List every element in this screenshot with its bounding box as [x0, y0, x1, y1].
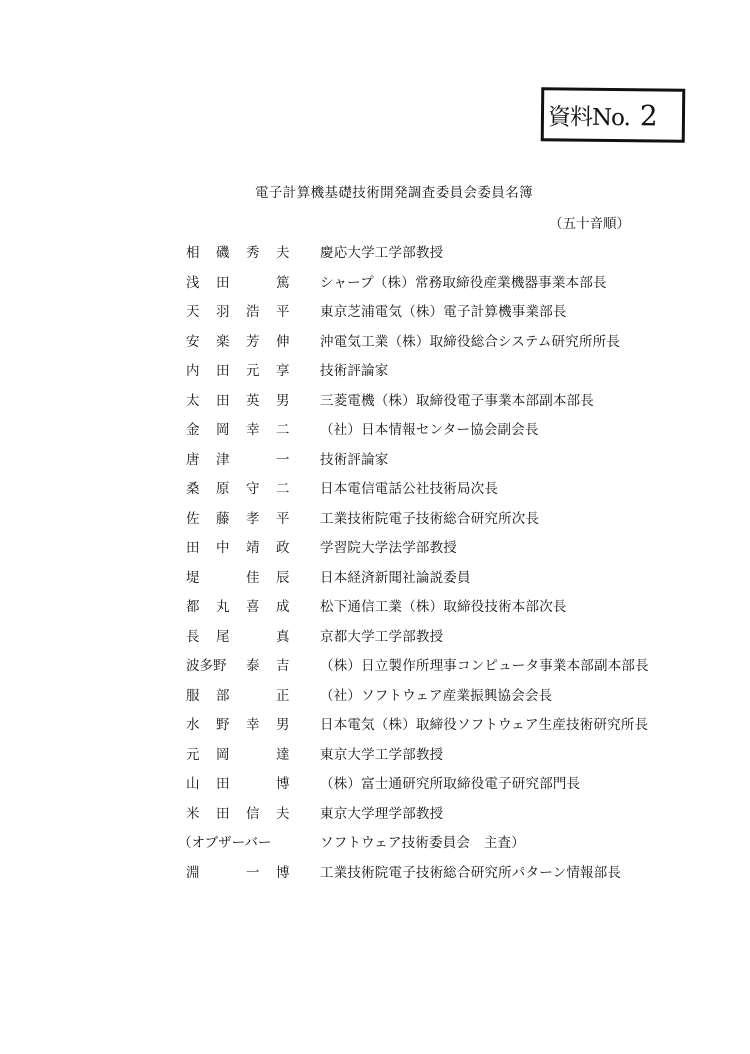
name-character: 唐	[186, 448, 200, 468]
name-character: 男	[276, 389, 290, 409]
member-affiliation: （株）日立製作所理事コンピュータ事業本部副本部長	[320, 654, 649, 674]
member-name: 佐藤孝平	[186, 507, 286, 525]
document-title: 電子計算機基礎技術開発調査委員会委員名簿	[255, 181, 533, 201]
member-affiliation: 工業技術院電子技術総合研究所パターン情報部長	[320, 861, 621, 881]
member-row: 佐藤孝平工業技術院電子技術総合研究所次長	[0, 507, 750, 537]
member-name: 米田信夫	[186, 802, 286, 820]
document-number-stamp: 資料No. 2	[541, 87, 686, 143]
member-row: 相磯秀夫慶応大学工学部教授	[0, 241, 750, 271]
member-affiliation: 日本電気（株）取締役ソフトウェア生産技術研究所長	[320, 713, 648, 733]
name-character: 一	[246, 861, 260, 881]
member-row: 水野幸男日本電気（株）取締役ソフトウェア生産技術研究所長	[0, 713, 750, 743]
member-row: 天羽浩平東京芝浦電気（株）電子計算機事業部長	[0, 300, 750, 330]
name-character: 浩	[246, 300, 260, 320]
name-character: 幸	[246, 713, 260, 733]
name-character: 楽	[216, 330, 230, 350]
member-affiliation: 松下通信工業（株）取締役技術本部次長	[320, 595, 567, 615]
name-character: 部	[216, 684, 230, 704]
observer-member-row: 淵一博工業技術院電子技術総合研究所パターン情報部長	[0, 861, 750, 891]
member-row: 唐津一技術評論家	[0, 448, 750, 478]
name-character: 正	[276, 684, 290, 704]
name-character: 達	[276, 743, 290, 763]
member-affiliation: （社）日本情報センター協会副会長	[320, 418, 539, 438]
member-name: 相磯秀夫	[186, 241, 286, 259]
name-character: 辰	[276, 566, 290, 586]
member-name: 淵一博	[186, 861, 286, 879]
name-character: 羽	[216, 300, 230, 320]
name-character: 幸	[246, 418, 260, 438]
member-row: 米田信夫東京大学理学部教授	[0, 802, 750, 832]
member-name: 水野幸男	[186, 713, 286, 731]
name-character: 田	[216, 271, 230, 291]
member-affiliation: 日本経済新聞社論説委員	[320, 566, 471, 586]
name-character: 津	[216, 448, 230, 468]
name-character: 丸	[216, 595, 230, 615]
name-character: 泰	[246, 654, 260, 674]
member-row: 服部正（社）ソフトウェア産業振興協会会長	[0, 684, 750, 714]
name-character: 平	[276, 300, 290, 320]
observer-label: （オブザーバー	[178, 831, 271, 851]
name-character: 淵	[186, 861, 200, 881]
member-affiliation: 京都大学工学部教授	[320, 625, 443, 645]
name-character: 水	[186, 713, 200, 733]
member-name: 山田博	[186, 772, 286, 790]
name-character: 安	[186, 330, 200, 350]
member-affiliation: 工業技術院電子技術総合研究所次長	[320, 507, 539, 527]
member-affiliation: 三菱電機（株）取締役電子事業本部副本部長	[320, 389, 594, 409]
member-name: 都丸喜成	[186, 595, 286, 613]
name-character: 岡	[216, 418, 230, 438]
member-name: 唐津一	[186, 448, 286, 466]
member-row: 田中靖政学習院大学法学部教授	[0, 536, 750, 566]
name-character: 磯	[216, 241, 230, 261]
name-character: 桑	[186, 477, 200, 497]
name-character: 太	[186, 389, 200, 409]
member-name: 長尾真	[186, 625, 286, 643]
name-character: 佳	[246, 566, 260, 586]
name-character: 田	[216, 802, 230, 822]
member-affiliation: 技術評論家	[320, 359, 389, 379]
member-affiliation: （株）富士通研究所取締役電子研究部門長	[320, 772, 580, 792]
name-character: 男	[276, 713, 290, 733]
name-character: 吉	[276, 654, 290, 674]
member-name: 桑原守二	[186, 477, 286, 495]
name-character: 芳	[246, 330, 260, 350]
name-character: 英	[246, 389, 260, 409]
stamp-number: 2	[640, 99, 658, 132]
name-character: 篤	[276, 271, 290, 291]
member-name: 元岡達	[186, 743, 286, 761]
member-name: 金岡幸二	[186, 418, 286, 436]
name-character: 岡	[216, 743, 230, 763]
observer-header-row: （オブザーバーソフトウェア技術委員会 主査）	[0, 831, 750, 861]
member-row: 安楽芳伸沖電気工業（株）取締役総合システム研究所所長	[0, 330, 750, 360]
member-affiliation: （社）ソフトウェア産業振興協会会長	[320, 684, 552, 704]
name-character: 孝	[246, 507, 260, 527]
name-character: 服	[186, 684, 200, 704]
member-name: （オブザーバー	[186, 831, 286, 849]
name-character: 一	[276, 448, 290, 468]
name-character: 佐	[186, 507, 200, 527]
name-character: 博	[276, 861, 290, 881]
name-character: 靖	[246, 536, 260, 556]
name-character: 金	[186, 418, 200, 438]
name-character: 元	[186, 743, 200, 763]
name-character: 夫	[276, 802, 290, 822]
stamp-label: 資料No.	[548, 98, 630, 132]
member-affiliation: シャープ（株）常務取締役産業機器事業本部長	[320, 271, 607, 291]
member-affiliation: 東京芝浦電気（株）電子計算機事業部長	[320, 300, 567, 320]
name-character: 享	[276, 359, 290, 379]
member-name: 太田英男	[186, 389, 286, 407]
member-row: 浅田篤シャープ（株）常務取締役産業機器事業本部長	[0, 271, 750, 301]
member-affiliation: 東京大学工学部教授	[320, 743, 443, 763]
name-character: 夫	[276, 241, 290, 261]
name-character: 元	[246, 359, 260, 379]
member-name: 波多野泰吉	[186, 654, 286, 672]
name-character: 二	[276, 418, 290, 438]
name-character: 秀	[246, 241, 260, 261]
member-row: 長尾真京都大学工学部教授	[0, 625, 750, 655]
name-character: 米	[186, 802, 200, 822]
member-row: 内田元享技術評論家	[0, 359, 750, 389]
member-row: 堤佳辰日本経済新聞社論説委員	[0, 566, 750, 596]
name-character: 信	[246, 802, 260, 822]
member-name: 堤佳辰	[186, 566, 286, 584]
name-character: 原	[216, 477, 230, 497]
name-character: 中	[216, 536, 230, 556]
member-row: 都丸喜成松下通信工業（株）取締役技術本部次長	[0, 595, 750, 625]
name-character: 尾	[216, 625, 230, 645]
member-name: 安楽芳伸	[186, 330, 286, 348]
name-character: 野	[216, 713, 230, 733]
member-name: 天羽浩平	[186, 300, 286, 318]
member-affiliation: ソフトウェア技術委員会 主査）	[320, 831, 525, 851]
name-character: 天	[186, 300, 200, 320]
name-character: 都	[186, 595, 200, 615]
member-row: 金岡幸二（社）日本情報センター協会副会長	[0, 418, 750, 448]
name-character: 成	[276, 595, 290, 615]
name-character: 堤	[186, 566, 200, 586]
member-name: 浅田篤	[186, 271, 286, 289]
member-affiliation: 東京大学理学部教授	[320, 802, 443, 822]
member-affiliation: 技術評論家	[320, 448, 389, 468]
name-character: 波多野	[186, 654, 227, 674]
name-character: 藤	[216, 507, 230, 527]
name-character: 平	[276, 507, 290, 527]
name-character: 山	[186, 772, 200, 792]
name-character: 田	[216, 389, 230, 409]
member-row: 元岡達東京大学工学部教授	[0, 743, 750, 773]
name-character: 守	[246, 477, 260, 497]
name-character: 相	[186, 241, 200, 261]
member-row: 桑原守二日本電信電話公社技術局次長	[0, 477, 750, 507]
name-character: 真	[276, 625, 290, 645]
member-name: 服部正	[186, 684, 286, 702]
name-character: 内	[186, 359, 200, 379]
ordering-note: （五十音順）	[549, 212, 630, 232]
member-row: 太田英男三菱電機（株）取締役電子事業本部副本部長	[0, 389, 750, 419]
member-name: 内田元享	[186, 359, 286, 377]
name-character: 政	[276, 536, 290, 556]
member-name: 田中靖政	[186, 536, 286, 554]
name-character: 二	[276, 477, 290, 497]
name-character: 長	[186, 625, 200, 645]
name-character: 田	[216, 772, 230, 792]
name-character: 浅	[186, 271, 200, 291]
member-affiliation: 学習院大学法学部教授	[320, 536, 457, 556]
member-affiliation: 慶応大学工学部教授	[320, 241, 443, 261]
member-row: 波多野泰吉（株）日立製作所理事コンピュータ事業本部副本部長	[0, 654, 750, 684]
name-character: 伸	[276, 330, 290, 350]
name-character: 喜	[246, 595, 260, 615]
name-character: 田	[216, 359, 230, 379]
name-character: 田	[186, 536, 200, 556]
member-affiliation: 日本電信電話公社技術局次長	[320, 477, 498, 497]
member-row: 山田博（株）富士通研究所取締役電子研究部門長	[0, 772, 750, 802]
member-affiliation: 沖電気工業（株）取締役総合システム研究所所長	[320, 330, 620, 350]
member-roster: 相磯秀夫慶応大学工学部教授浅田篤シャープ（株）常務取締役産業機器事業本部長天羽浩…	[0, 241, 750, 890]
name-character: 博	[276, 772, 290, 792]
